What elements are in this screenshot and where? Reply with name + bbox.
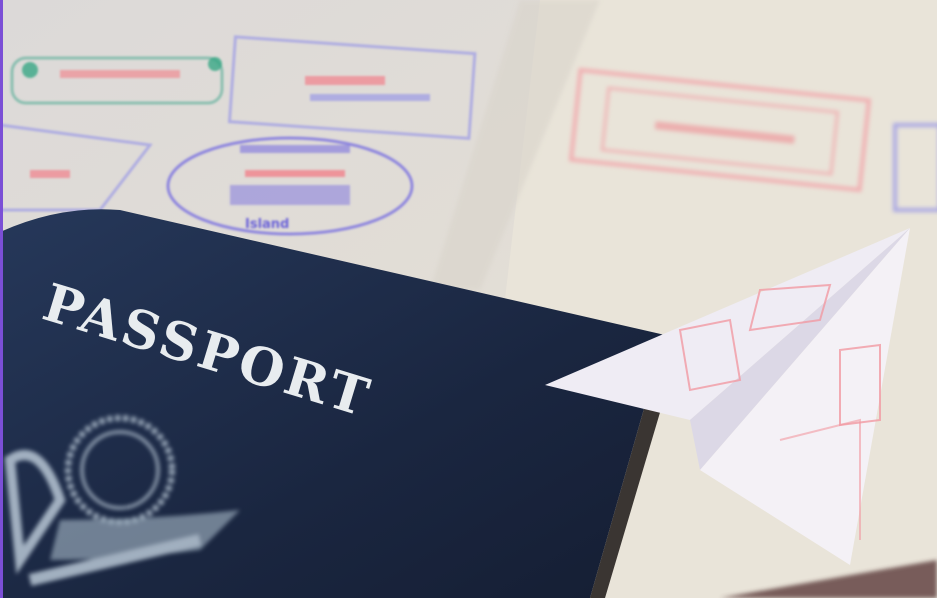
left-border <box>0 0 3 598</box>
passport-photo: Island PASSPORT <box>0 0 937 598</box>
stamp-text: Island <box>245 217 289 232</box>
photo: Island PASSPORT <box>0 0 937 598</box>
